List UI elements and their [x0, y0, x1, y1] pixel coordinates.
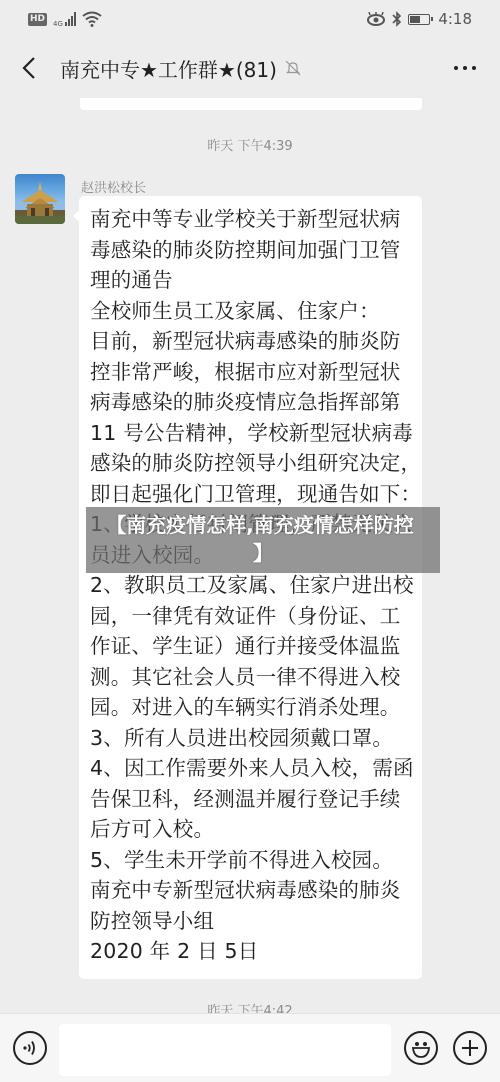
message-line: 南充中等专业学校关于新型冠状病	[90, 204, 412, 235]
message-line: 11 号公告精神，学校新型冠状病毒	[90, 418, 412, 449]
message-line: 4、因工作需要外来人员入校，需函	[90, 753, 412, 784]
hd-icon: HD	[28, 13, 47, 26]
message-line: 病毒感染的肺炎疫情应急指挥部第	[90, 387, 412, 418]
message-line: 2020 年 2 日 5日	[90, 936, 412, 967]
input-bar	[0, 1013, 500, 1082]
chevron-left-icon	[22, 57, 36, 79]
chat-title: 南充中专★工作群★(81)	[60, 54, 277, 83]
message-line: 南充中专新型冠状病毒感染的肺炎	[90, 875, 412, 906]
battery-icon	[408, 14, 430, 25]
more-dot	[472, 66, 476, 70]
message-line: 园，一律凭有效证件（身份证、工	[90, 601, 412, 632]
message-line: 目前，新型冠状病毒感染的肺炎防	[90, 326, 412, 357]
more-button[interactable]	[454, 56, 476, 80]
plus-icon	[460, 1038, 480, 1058]
message-line: 告保卫科，经测温并履行登记手续	[90, 784, 412, 815]
message-line: 3、所有人员进出校园须戴口罩。	[90, 723, 412, 754]
overlay-title-line: 【南充疫情怎样,南充疫情怎样防控	[80, 511, 440, 539]
bell-muted-icon	[285, 60, 301, 76]
status-bar: HD 4G 4:18	[0, 0, 500, 38]
message-line: 毒感染的肺炎防控期间加强门卫管	[90, 235, 412, 266]
more-dots-icon	[454, 66, 458, 70]
message-line: 即日起强化门卫管理，现通告如下：	[90, 479, 412, 510]
network-type-label: 4G	[53, 20, 63, 28]
message-timestamp: 昨天 下午4:39	[0, 135, 500, 154]
message-bubble[interactable]: 南充中等专业学校关于新型冠状病 毒感染的肺炎防控期间加强门卫管 理的通告 全校师…	[79, 196, 422, 979]
message-line: 理的通告	[90, 265, 412, 296]
bluetooth-icon	[392, 11, 402, 27]
plus-button[interactable]	[453, 1031, 487, 1065]
message-line: 2、教职员工及家属、住家户进出校	[90, 570, 412, 601]
message-line: 测。其它社会人员一律不得进入校	[90, 662, 412, 693]
back-button[interactable]	[16, 55, 42, 81]
status-right: 4:18	[366, 10, 472, 28]
message-line: 控非常严峻，根据市应对新型冠状	[90, 357, 412, 388]
message-line: 后方可入校。	[90, 814, 412, 845]
article-title-overlay: 【南充疫情怎样,南充疫情怎样防控 】	[86, 507, 440, 573]
voice-icon	[20, 1038, 40, 1058]
message-line: 防控领导小组	[90, 906, 412, 937]
eye-comfort-icon	[366, 12, 386, 26]
previous-message-bubble[interactable]	[80, 98, 422, 110]
message-line: 感染的肺炎防控领导小组研究决定，	[90, 448, 412, 479]
message-line: 全校师生员工及家属、住家户：	[90, 296, 412, 327]
sender-name: 赵洪松校长	[81, 177, 146, 196]
message-line: 作证、学生证）通行并接受体温监	[90, 631, 412, 662]
message-input[interactable]	[59, 1024, 391, 1076]
overlay-title-line: 】	[86, 539, 440, 567]
emoji-button[interactable]	[404, 1031, 438, 1065]
clock: 4:18	[438, 10, 472, 28]
message-line: 5、学生未开学前不得进入校园。	[90, 845, 412, 876]
message-line: 园。对进入的车辆实行消杀处理。	[90, 692, 412, 723]
wifi-icon	[82, 11, 102, 27]
more-dot	[463, 66, 467, 70]
signal-icon	[65, 12, 76, 26]
chat-header: 南充中专★工作群★(81)	[0, 44, 500, 92]
temple-building-avatar[interactable]	[15, 174, 65, 224]
emoji-icon	[409, 1036, 433, 1060]
avatar-image	[15, 174, 65, 224]
status-left: HD 4G	[28, 11, 102, 28]
voice-button[interactable]	[13, 1031, 47, 1065]
